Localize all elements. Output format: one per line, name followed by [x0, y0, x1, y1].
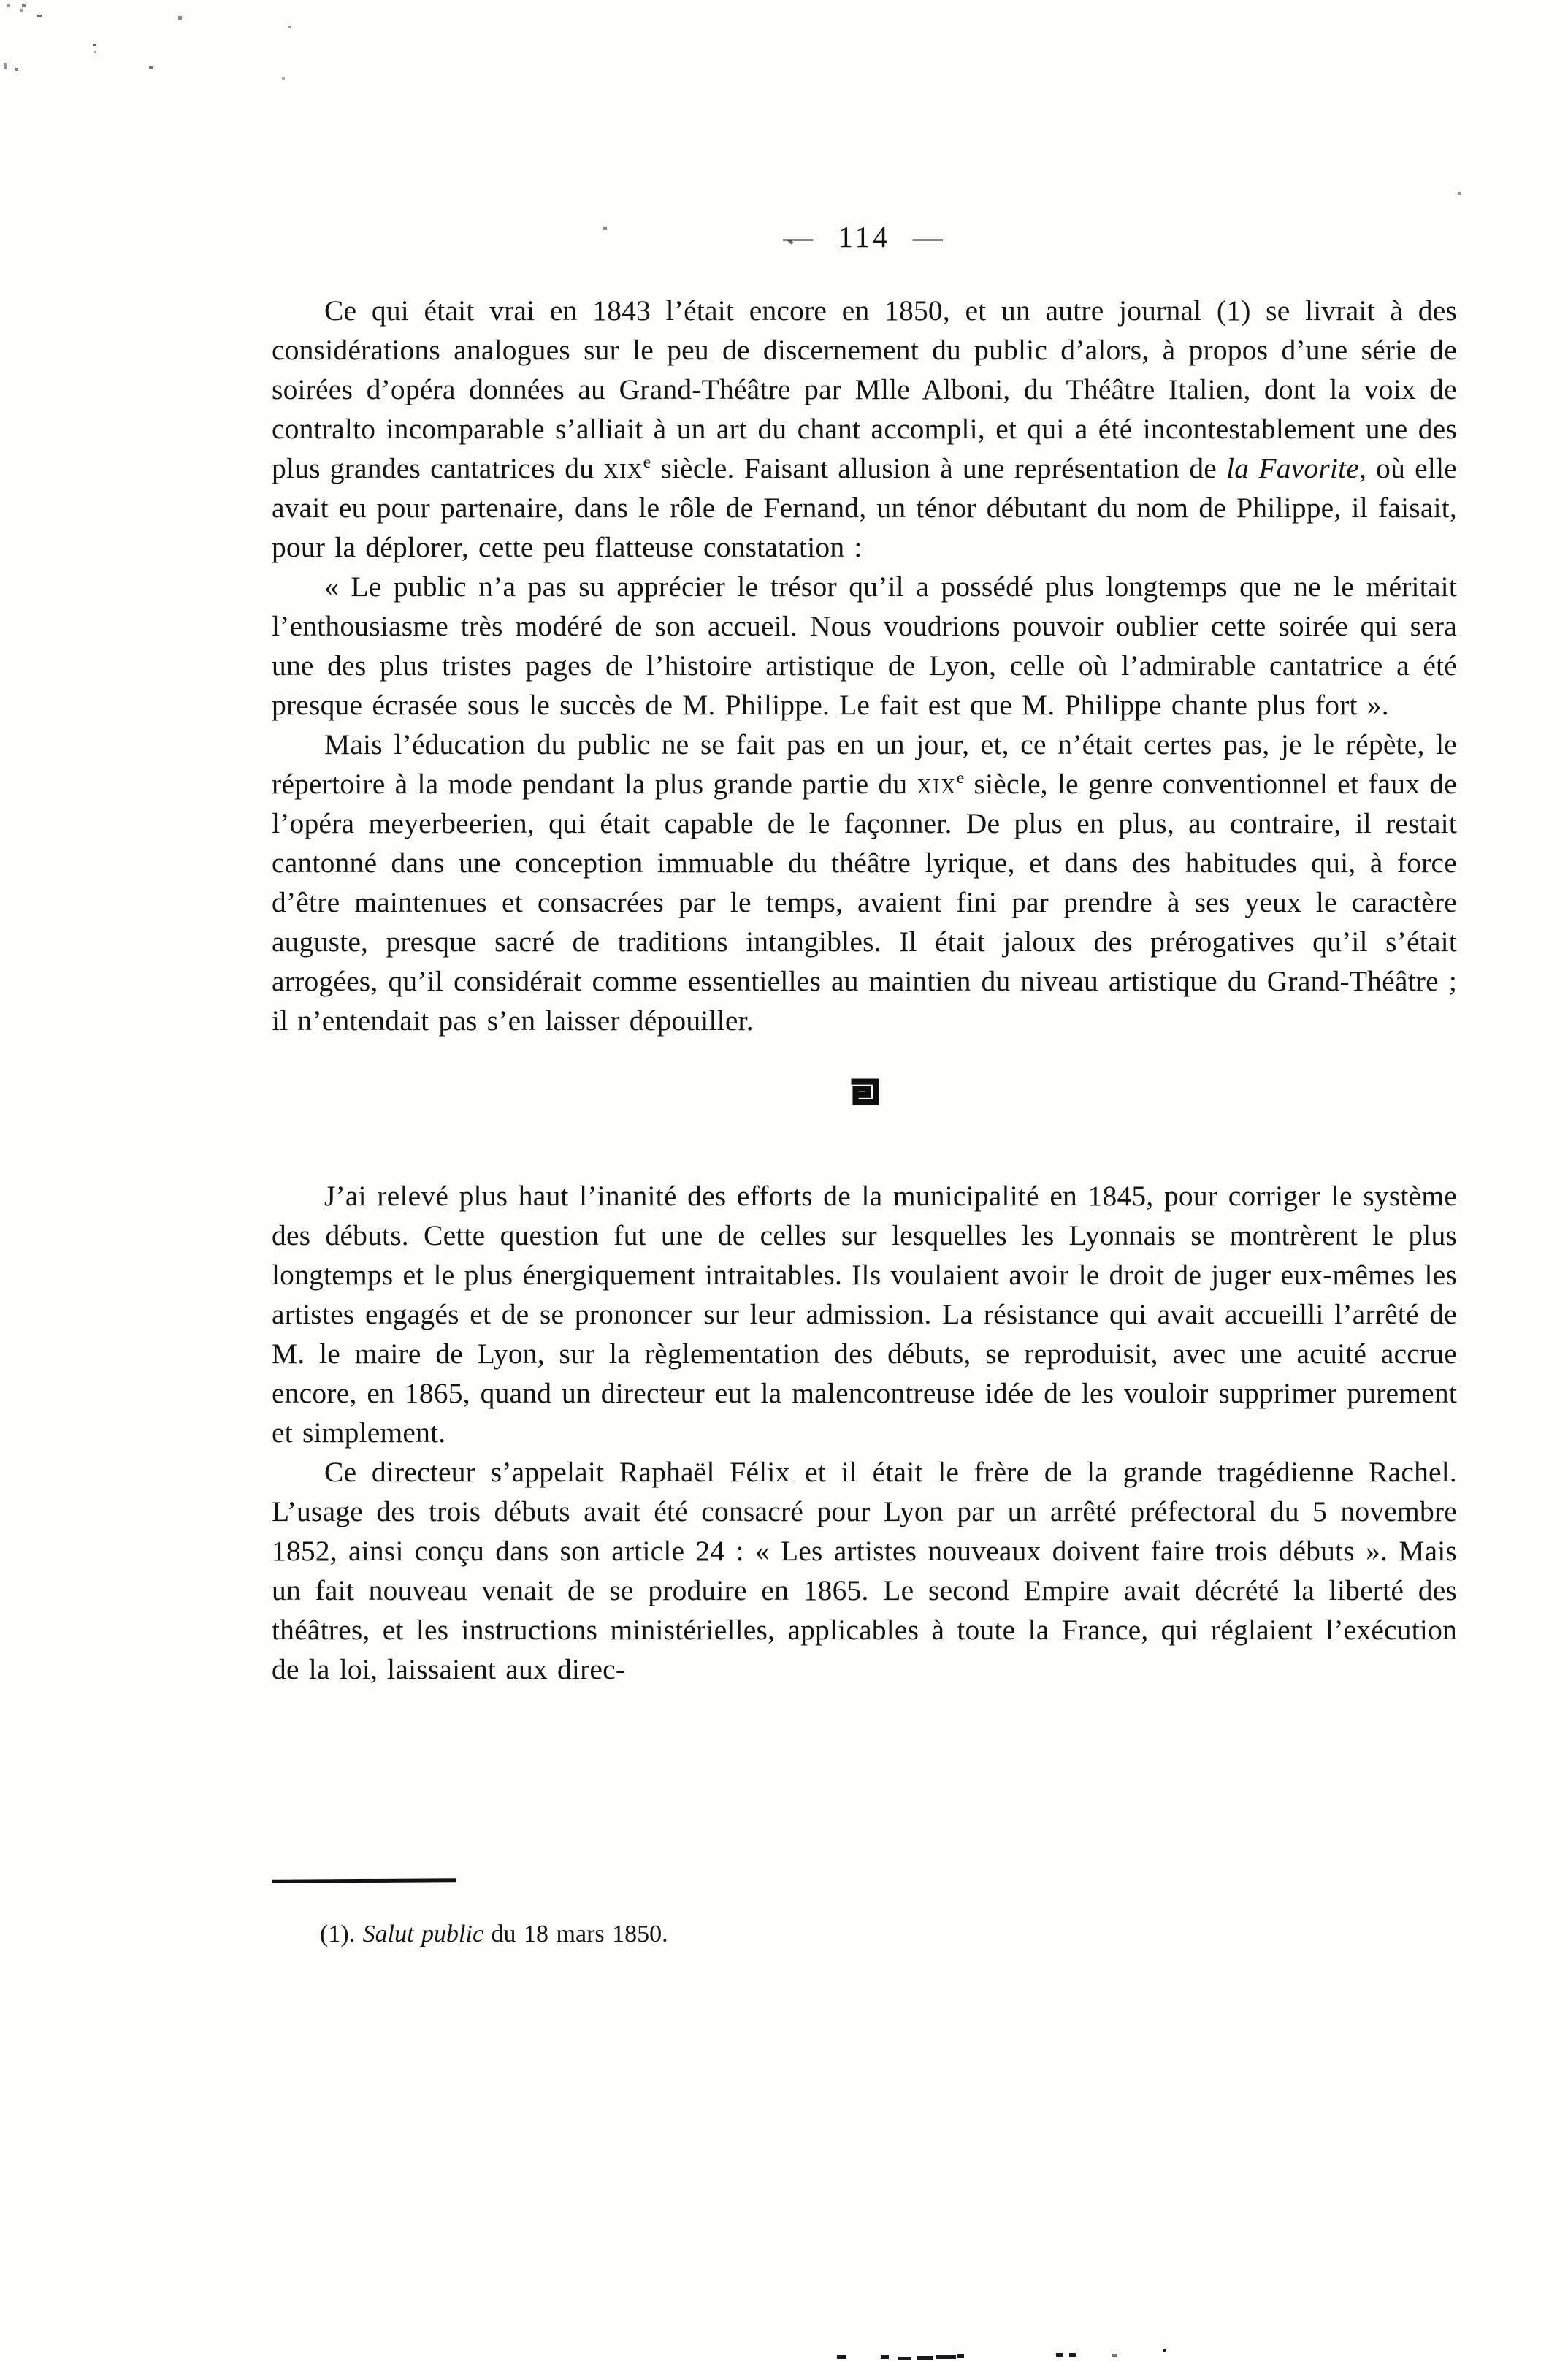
scan-artifact [7, 4, 10, 7]
scan-artifact [94, 51, 96, 53]
document-page: — 114 — Ce qui était vrai en 1843 l’étai… [0, 0, 1568, 2361]
scan-artifact [1163, 2349, 1166, 2352]
text-block: Ce qui était vrai en 1843 l’était encore… [272, 291, 1457, 1689]
scan-artifact [1458, 192, 1461, 195]
scan-artifact [288, 26, 291, 28]
scan-artifact [837, 2355, 846, 2359]
scan-artifact [1056, 2353, 1063, 2357]
footnote-rule [272, 1878, 456, 1883]
scan-artifact [4, 63, 7, 69]
scan-artifact [15, 68, 18, 71]
paragraph-3: J’ai relevé plus haut l’inanité des effo… [272, 1176, 1457, 1452]
scan-artifact [881, 2355, 889, 2359]
footnote: (1). Salut public du 18 mars 1850. [272, 1918, 1221, 1950]
scan-artifact [37, 15, 42, 17]
paragraph-2: Mais l’éducation du public ne se fait pa… [272, 725, 1457, 1040]
scan-artifact [93, 44, 96, 46]
paragraph-1: Ce qui était vrai en 1843 l’était encore… [272, 291, 1457, 567]
scan-artifact [282, 77, 285, 80]
page-number: — 114 — [783, 220, 945, 253]
paragraph-quote: « Le public n’a pas su apprécier le trés… [272, 567, 1457, 725]
scan-artifact [917, 2356, 933, 2360]
scan-artifact [898, 2357, 911, 2360]
paragraph-4: Ce directeur s’appelait Raphaël Félix et… [272, 1452, 1457, 1689]
greek-key-spiral-icon [848, 1082, 881, 1114]
section-divider-ornament [272, 1074, 1457, 1107]
page-header: — 114 — [272, 219, 1457, 254]
scan-artifact [936, 2355, 956, 2359]
scan-artifact [178, 16, 182, 20]
scan-artifact [603, 227, 607, 230]
scan-artifact [1112, 2354, 1117, 2357]
scan-artifact [957, 2354, 964, 2358]
scan-artifact [20, 9, 23, 12]
scan-artifact [149, 66, 153, 69]
scan-artifact [22, 4, 26, 7]
scan-artifact [1069, 2353, 1076, 2357]
